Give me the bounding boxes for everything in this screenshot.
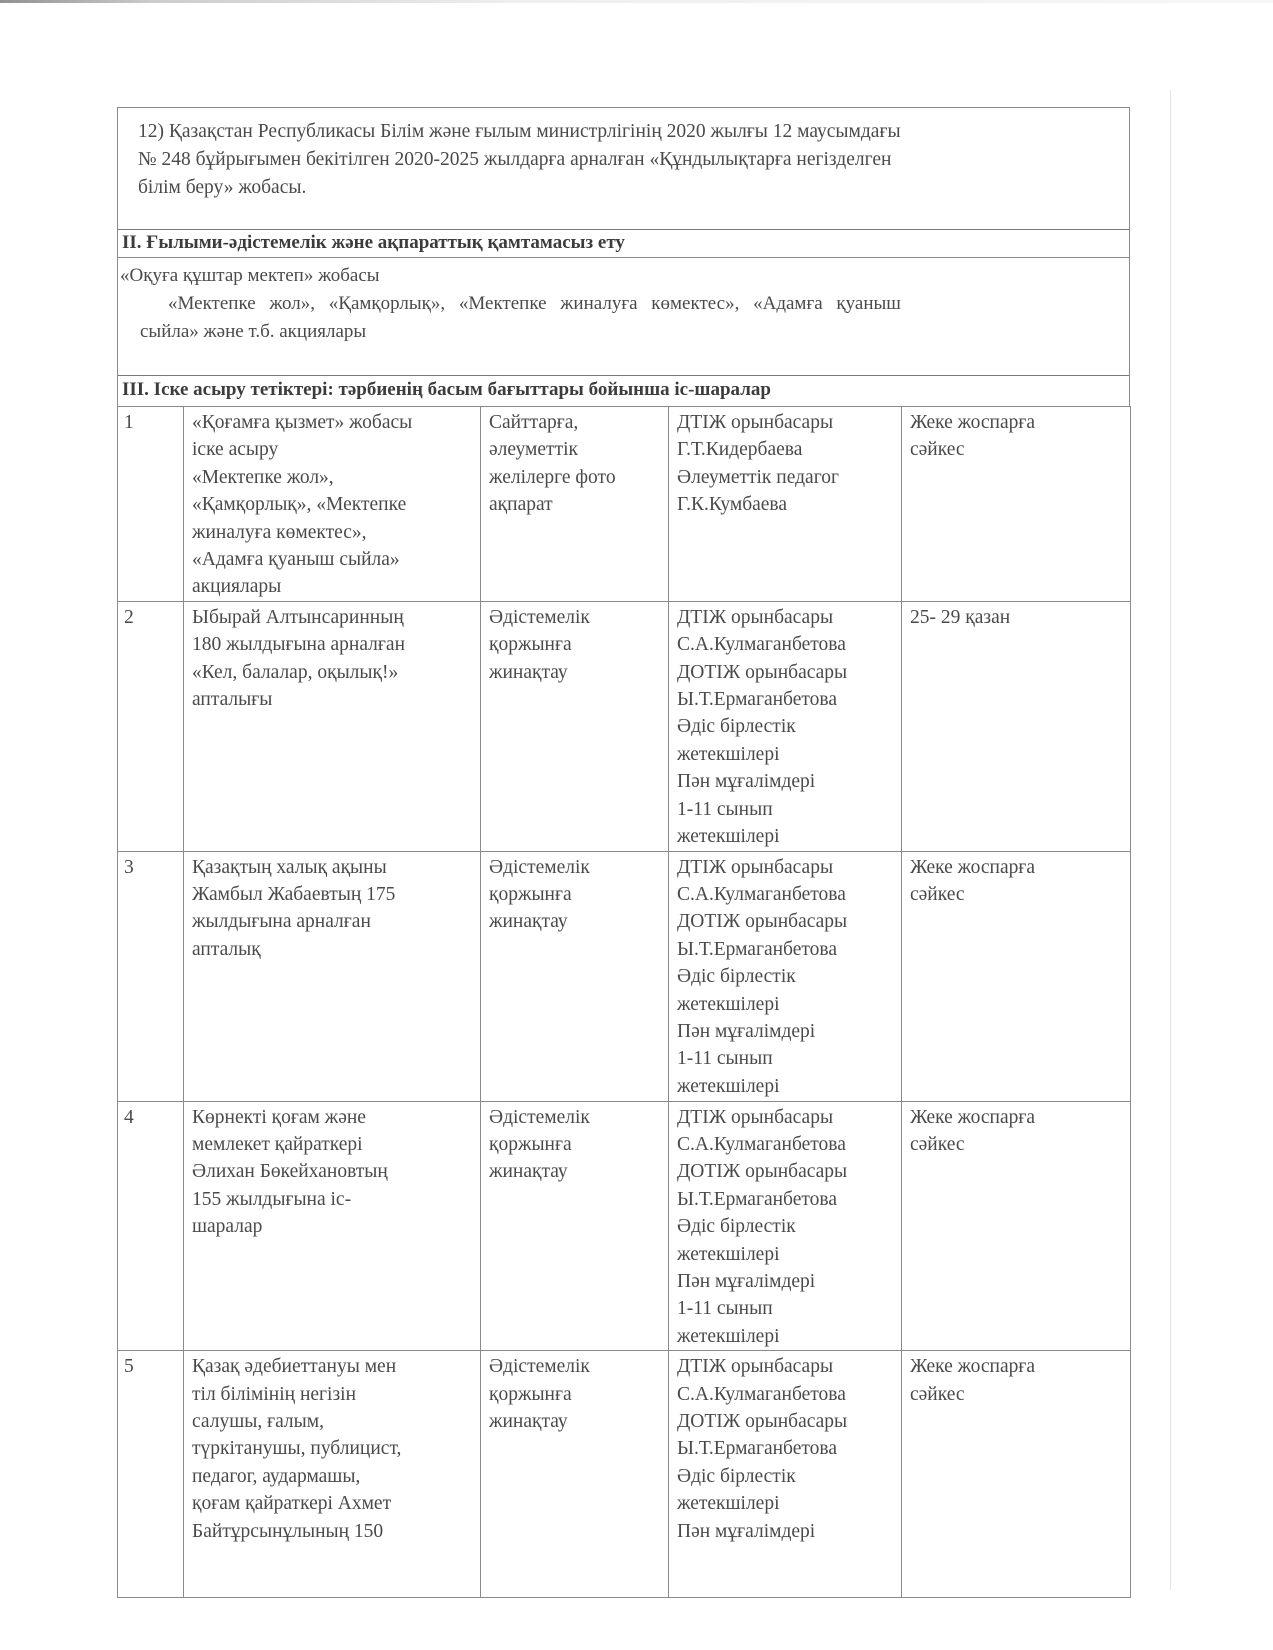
- responsible-line: Ы.Т.Ермаганбетова: [677, 936, 893, 963]
- responsible-line: С.А.Кулмаганбетова: [677, 881, 893, 908]
- event-line: акциялары: [192, 573, 472, 600]
- row-number-cell: 3: [118, 851, 184, 1101]
- deadline-line: сәйкес: [910, 1131, 1122, 1158]
- responsible-line: жетекшілері: [677, 823, 893, 850]
- event-line: іске асыру: [192, 436, 472, 463]
- plan-document-box: 12) Қазақстан Республикасы Білім және ғы…: [117, 107, 1130, 406]
- event-line: «Адамға қуаныш сыйла»: [192, 546, 472, 573]
- form-line: желілерге фото: [489, 464, 660, 491]
- responsible-line: Әдіс бірлестік: [677, 713, 893, 740]
- deadline-cell: Жеке жоспарғасәйкес: [902, 851, 1131, 1101]
- responsible-line: Ы.Т.Ермаганбетова: [677, 1186, 893, 1213]
- intro-paragraph: 12) Қазақстан Республикасы Білім және ғы…: [118, 108, 1129, 229]
- event-line: Қазақтың халық ақыны: [192, 854, 472, 881]
- responsible-line: Әлеуметтік педагог: [677, 464, 893, 491]
- form-line: қоржынға: [489, 881, 660, 908]
- event-line: қоғам қайраткері Ахмет: [192, 1490, 472, 1517]
- event-cell: «Қоғамға қызмет» жобасыіске асыру«Мектеп…: [184, 407, 481, 602]
- responsible-line: 1-11 сынып: [677, 796, 893, 823]
- responsible-line: Пән мұғалімдері: [677, 1018, 893, 1045]
- event-cell: Қазақтың халық ақыныЖамбыл Жабаевтың 175…: [184, 851, 481, 1101]
- responsible-cell: ДТІЖ орынбасарыГ.Т.КидербаеваӘлеуметтік …: [669, 407, 902, 602]
- table-row: 2Ыбырай Алтынсаринның180 жылдығына арнал…: [118, 601, 1131, 851]
- table-row: 5Қазақ әдебиеттануы ментіл білімінің нег…: [118, 1351, 1131, 1598]
- event-line: жылдығына арналған: [192, 908, 472, 935]
- event-cell: Ыбырай Алтынсаринның180 жылдығына арналғ…: [184, 601, 481, 851]
- section-2-actions-cont: сыйла» және т.б. акциялары: [120, 318, 1117, 346]
- event-line: Көрнекті қоғам және: [192, 1104, 472, 1131]
- responsible-cell: ДТІЖ орынбасарыС.А.КулмаганбетоваДОТІЖ о…: [669, 1101, 902, 1351]
- deadline-cell: Жеке жоспарғасәйкес: [902, 1351, 1131, 1598]
- responsible-line: С.А.Кулмаганбетова: [677, 631, 893, 658]
- form-line: қоржынға: [489, 631, 660, 658]
- event-line: апталығы: [192, 686, 472, 713]
- deadline-line: Жеке жоспарға: [910, 854, 1122, 881]
- responsible-line: Пән мұғалімдері: [677, 1518, 893, 1545]
- form-cell: Әдістемелікқоржынғажинақтау: [481, 1101, 669, 1351]
- section-3-heading: III. Іске асыру тетіктері: тәрбиенің бас…: [118, 375, 1129, 406]
- responsible-line: ДТІЖ орынбасары: [677, 1104, 893, 1131]
- responsible-line: жетекшілері: [677, 1490, 893, 1517]
- section-2-project: «Оқуға құштар мектеп» жобасы: [120, 262, 1117, 290]
- event-line: шаралар: [192, 1213, 472, 1240]
- deadline-line: сәйкес: [910, 881, 1122, 908]
- deadline-cell: 25- 29 қазан: [902, 601, 1131, 851]
- event-line: Жамбыл Жабаевтың 175: [192, 881, 472, 908]
- event-line: «Қоғамға қызмет» жобасы: [192, 409, 472, 436]
- form-line: жинақтау: [489, 1158, 660, 1185]
- table-row: 4Көрнекті қоғам жәнемемлекет қайраткеріӘ…: [118, 1101, 1131, 1351]
- responsible-line: ДОТІЖ орынбасары: [677, 1158, 893, 1185]
- responsible-line: жетекшілері: [677, 1073, 893, 1100]
- intro-line: № 248 бұйрығымен бекітілген 2020-2025 жы…: [138, 146, 1117, 174]
- responsible-line: жетекшілері: [677, 1323, 893, 1350]
- event-line: Ыбырай Алтынсаринның: [192, 604, 472, 631]
- responsible-line: жетекшілері: [677, 741, 893, 768]
- responsible-line: 1-11 сынып: [677, 1295, 893, 1322]
- form-cell: Сайттарға,әлеуметтікжелілерге фотоақпара…: [481, 407, 669, 602]
- responsible-line: Ы.Т.Ермаганбетова: [677, 686, 893, 713]
- event-cell: Көрнекті қоғам жәнемемлекет қайраткеріӘл…: [184, 1101, 481, 1351]
- event-line: мемлекет қайраткері: [192, 1131, 472, 1158]
- responsible-line: ДОТІЖ орынбасары: [677, 908, 893, 935]
- event-line: «Кел, балалар, оқылық!»: [192, 659, 472, 686]
- responsible-line: ДТІЖ орынбасары: [677, 409, 893, 436]
- form-line: Әдістемелік: [489, 604, 660, 631]
- event-line: «Мектепке жол»,: [192, 464, 472, 491]
- responsible-line: Әдіс бірлестік: [677, 1463, 893, 1490]
- deadline-line: Жеке жоспарға: [910, 1353, 1122, 1380]
- form-line: Әдістемелік: [489, 854, 660, 881]
- deadline-line: сәйкес: [910, 1381, 1122, 1408]
- row-number-cell: 5: [118, 1351, 184, 1598]
- responsible-line: жетекшілері: [677, 1241, 893, 1268]
- event-line: 155 жылдығына іс-: [192, 1186, 472, 1213]
- event-line: салушы, ғалым,: [192, 1408, 472, 1435]
- deadline-line: Жеке жоспарға: [910, 409, 1122, 436]
- responsible-cell: ДТІЖ орынбасарыС.А.КулмаганбетоваДОТІЖ о…: [669, 601, 902, 851]
- events-table: 1«Қоғамға қызмет» жобасыіске асыру«Мекте…: [117, 406, 1131, 1598]
- responsible-cell: ДТІЖ орынбасарыС.А.КулмаганбетоваДОТІЖ о…: [669, 1351, 902, 1598]
- deadline-cell: Жеке жоспарғасәйкес: [902, 407, 1131, 602]
- responsible-line: ДТІЖ орынбасары: [677, 854, 893, 881]
- event-line: Байтұрсынұлының 150: [192, 1518, 472, 1545]
- intro-line: 12) Қазақстан Республикасы Білім және ғы…: [138, 118, 1117, 146]
- event-line: педагог, аудармашы,: [192, 1463, 472, 1490]
- row-number-cell: 4: [118, 1101, 184, 1351]
- event-cell: Қазақ әдебиеттануы ментіл білімінің негі…: [184, 1351, 481, 1598]
- event-line: апталық: [192, 936, 472, 963]
- scan-artifact-line: [1170, 90, 1171, 1590]
- form-line: Әдістемелік: [489, 1104, 660, 1131]
- event-line: жиналуға көмектес»,: [192, 519, 472, 546]
- responsible-line: Әдіс бірлестік: [677, 963, 893, 990]
- responsible-line: С.А.Кулмаганбетова: [677, 1381, 893, 1408]
- responsible-line: Пән мұғалімдері: [677, 1268, 893, 1295]
- event-line: 180 жылдығына арналған: [192, 631, 472, 658]
- responsible-line: Г.Т.Кидербаева: [677, 436, 893, 463]
- row-number-cell: 1: [118, 407, 184, 602]
- form-line: қоржынға: [489, 1131, 660, 1158]
- event-line: Қазақ әдебиеттануы мен: [192, 1353, 472, 1380]
- form-line: әлеуметтік: [489, 436, 660, 463]
- row-number-cell: 2: [118, 601, 184, 851]
- form-cell: Әдістемелікқоржынғажинақтау: [481, 601, 669, 851]
- responsible-line: ДОТІЖ орынбасары: [677, 1408, 893, 1435]
- responsible-line: ДТІЖ орынбасары: [677, 1353, 893, 1380]
- responsible-line: 1-11 сынып: [677, 1045, 893, 1072]
- event-line: түркітанушы, публицист,: [192, 1435, 472, 1462]
- responsible-line: ДТІЖ орынбасары: [677, 604, 893, 631]
- intro-line: білім беру» жобасы.: [138, 174, 1117, 202]
- section-2-heading: II. Ғылыми-әдістемелік және ақпараттық қ…: [118, 229, 1129, 257]
- table-row: 1«Қоғамға қызмет» жобасыіске асыру«Мекте…: [118, 407, 1131, 602]
- section-2-body: «Оқуға құштар мектеп» жобасы «Мектепке ж…: [118, 257, 1129, 375]
- form-cell: Әдістемелікқоржынғажинақтау: [481, 1351, 669, 1598]
- responsible-line: жетекшілері: [677, 991, 893, 1018]
- responsible-cell: ДТІЖ орынбасарыС.А.КулмаганбетоваДОТІЖ о…: [669, 851, 902, 1101]
- event-line: «Қамқорлық», «Мектепке: [192, 491, 472, 518]
- scan-edge-shadow: [0, 0, 1273, 3]
- responsible-line: Ы.Т.Ермаганбетова: [677, 1435, 893, 1462]
- document-page: 12) Қазақстан Республикасы Білім және ғы…: [117, 107, 1130, 1598]
- form-line: жинақтау: [489, 1408, 660, 1435]
- form-line: Сайттарға,: [489, 409, 660, 436]
- deadline-line: 25- 29 қазан: [910, 604, 1122, 631]
- responsible-line: Пән мұғалімдері: [677, 768, 893, 795]
- event-line: тіл білімінің негізін: [192, 1381, 472, 1408]
- responsible-line: С.А.Кулмаганбетова: [677, 1131, 893, 1158]
- responsible-line: Әдіс бірлестік: [677, 1213, 893, 1240]
- event-line: Әлихан Бөкейхановтың: [192, 1158, 472, 1185]
- form-line: жинақтау: [489, 659, 660, 686]
- form-cell: Әдістемелікқоржынғажинақтау: [481, 851, 669, 1101]
- form-line: қоржынға: [489, 1381, 660, 1408]
- deadline-line: Жеке жоспарға: [910, 1104, 1122, 1131]
- deadline-cell: Жеке жоспарғасәйкес: [902, 1101, 1131, 1351]
- responsible-line: Г.К.Кумбаева: [677, 491, 893, 518]
- table-row: 3Қазақтың халық ақыныЖамбыл Жабаевтың 17…: [118, 851, 1131, 1101]
- form-line: ақпарат: [489, 491, 660, 518]
- section-2-actions-line: «Мектепке жол», «Қамқорлық», «Мектепке ж…: [168, 293, 901, 314]
- form-line: Әдістемелік: [489, 1353, 660, 1380]
- form-line: жинақтау: [489, 908, 660, 935]
- section-2-actions: «Мектепке жол», «Қамқорлық», «Мектепке ж…: [120, 290, 1117, 318]
- responsible-line: ДОТІЖ орынбасары: [677, 659, 893, 686]
- deadline-line: сәйкес: [910, 436, 1122, 463]
